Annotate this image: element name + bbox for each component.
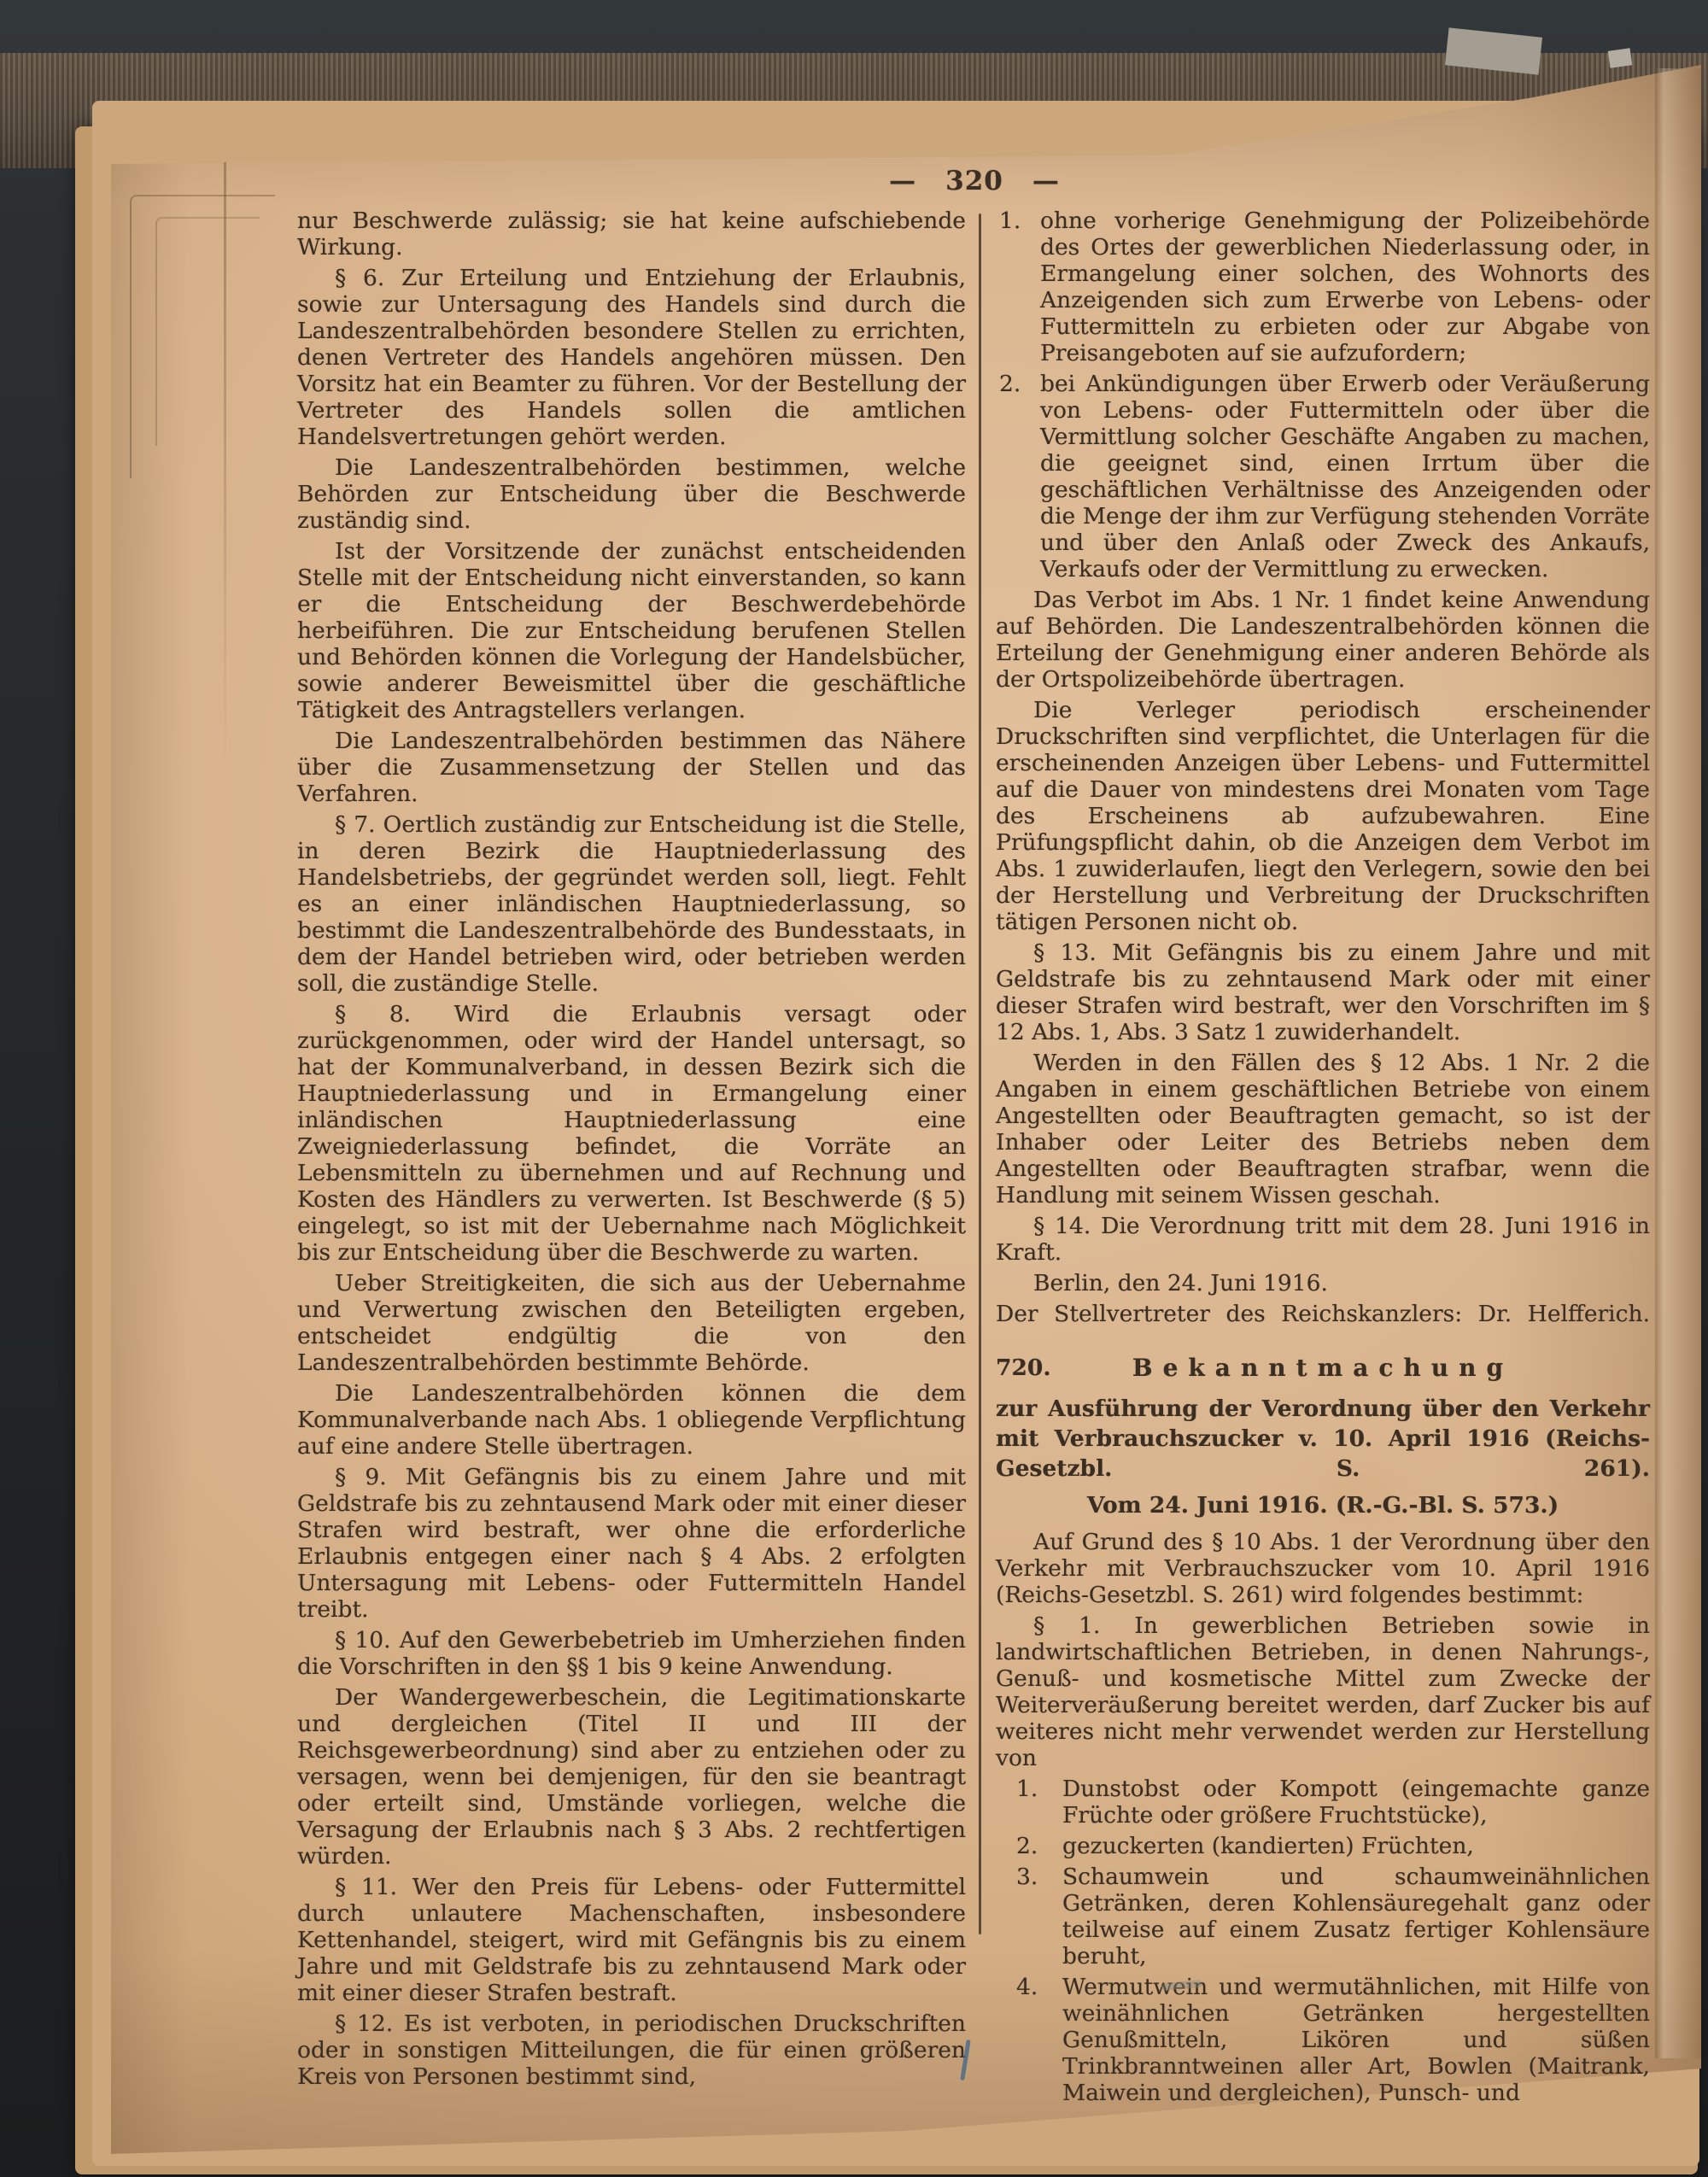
paragraph: Der Stellvertreter des Reichskanzlers: D…	[996, 1301, 1650, 1327]
paragraph: § 7. Oertlich zuständig zur Entscheidung…	[297, 811, 966, 997]
item-text: ohne vorherige Genehmigung der Polizeibe…	[1040, 208, 1650, 366]
page-header: — 320 —	[868, 166, 1081, 196]
paragraph: Werden in den Fällen des § 12 Abs. 1 Nr.…	[996, 1050, 1650, 1208]
paragraph: Berlin, den 24. Juni 1916.	[996, 1270, 1650, 1296]
paragraph: Die Landeszentralbehörden können die dem…	[297, 1380, 966, 1460]
paragraph: § 12. Es ist verboten, in periodischen D…	[297, 2010, 966, 2090]
paragraph: Ist der Vorsitzende der zunächst entsche…	[297, 538, 966, 723]
paragraph: § 6. Zur Erteilung und Entziehung der Er…	[297, 265, 966, 450]
paragraph: Die Landeszentralbehörden bestimmen das …	[297, 728, 966, 807]
announcement-dateline: Vom 24. Juni 1916. (R.-G.-Bl. S. 573.)	[996, 1492, 1650, 1519]
announcement-heading: 720.Bekanntmachungzur Ausführung der Ver…	[996, 1355, 1650, 1519]
numbered-item: 2.gezuckerten (kandierten) Früchten,	[996, 1833, 1650, 1859]
numbered-item: 3.Schaumwein und schaumweinähnlichen Get…	[996, 1864, 1650, 1969]
announcement-head-row: 720.Bekanntmachung	[996, 1355, 1650, 1382]
under-page-corner-line	[155, 217, 260, 446]
numbered-item: 4.Wermutwein und wermutähnlichen, mit Hi…	[996, 1974, 1650, 2106]
item-text: Dunstobst oder Kompott (eingemachte ganz…	[1062, 1776, 1650, 1829]
book-scan: { "document": { "page_number": "320", "d…	[0, 0, 1708, 2177]
item-number: 1.	[999, 208, 1021, 234]
paragraph: § 1. In gewerblichen Betrieben sowie in …	[996, 1612, 1650, 1771]
paragraph: § 9. Mit Gefängnis bis zu einem Jahre un…	[297, 1464, 966, 1623]
header-dash-right: —	[1032, 166, 1060, 196]
announcement-subtitle: zur Ausführung der Verordnung über den V…	[996, 1394, 1650, 1484]
item-number: 2.	[1016, 1833, 1038, 1859]
item-text: Wermutwein und wermutähnlichen, mit Hilf…	[1062, 1974, 1650, 2106]
item-number: 2.	[999, 371, 1021, 397]
paragraph: § 13. Mit Gefängnis bis zu einem Jahre u…	[996, 939, 1650, 1045]
page-number: 320	[945, 166, 1003, 196]
numbered-item: 1.Dunstobst oder Kompott (eingemachte ga…	[996, 1776, 1650, 1829]
paragraph: nur Beschwerde zulässig; sie hat keine a…	[297, 208, 966, 260]
header-dash-left: —	[889, 166, 916, 196]
binding-cloth-patch	[1608, 48, 1633, 67]
paragraph: Die Landeszentralbehörden bestimmen, wel…	[297, 454, 966, 534]
page-crease	[224, 162, 226, 777]
paragraph: Das Verbot im Abs. 1 Nr. 1 findet keine …	[996, 587, 1650, 693]
item-text: bei Ankündigungen über Erwerb oder Veräu…	[1040, 371, 1650, 582]
column-divider-rule	[979, 214, 981, 1934]
announcement-number: 720.	[996, 1355, 1051, 1381]
paragraph: Der Wandergewerbeschein, die Legitimatio…	[297, 1684, 966, 1870]
item-text: Schaumwein und schaumweinähnlichen Geträ…	[1062, 1864, 1650, 1969]
right-text-column: 1.ohne vorherige Genehmigung der Polizei…	[996, 208, 1650, 2106]
numbered-item: 1.ohne vorherige Genehmigung der Polizei…	[996, 208, 1650, 366]
paragraph: Die Verleger periodisch erscheinender Dr…	[996, 697, 1650, 935]
item-number: 3.	[1016, 1864, 1038, 1890]
announcement-title: Bekanntmachung	[1132, 1354, 1513, 1382]
left-text-column: nur Beschwerde zulässig; sie hat keine a…	[297, 208, 966, 2090]
paragraph: § 8. Wird die Erlaubnis versagt oder zur…	[297, 1001, 966, 1266]
item-text: gezuckerten (kandierten) Früchten,	[1062, 1833, 1474, 1859]
page-fold-edge	[1655, 68, 1701, 2058]
paragraph: § 10. Auf den Gewerbebetrieb im Umherzie…	[297, 1627, 966, 1680]
paragraph: § 14. Die Verordnung tritt mit dem 28. J…	[996, 1213, 1650, 1266]
paragraph: Auf Grund des § 10 Abs. 1 der Verordnung…	[996, 1529, 1650, 1608]
numbered-item: 2.bei Ankündigungen über Erwerb oder Ver…	[996, 371, 1650, 582]
item-number: 1.	[1016, 1776, 1038, 1802]
paragraph: Ueber Streitigkeiten, die sich aus der U…	[297, 1270, 966, 1376]
paragraph: § 11. Wer den Preis für Lebens- oder Fut…	[297, 1874, 966, 2006]
item-number: 4.	[1016, 1974, 1038, 2000]
